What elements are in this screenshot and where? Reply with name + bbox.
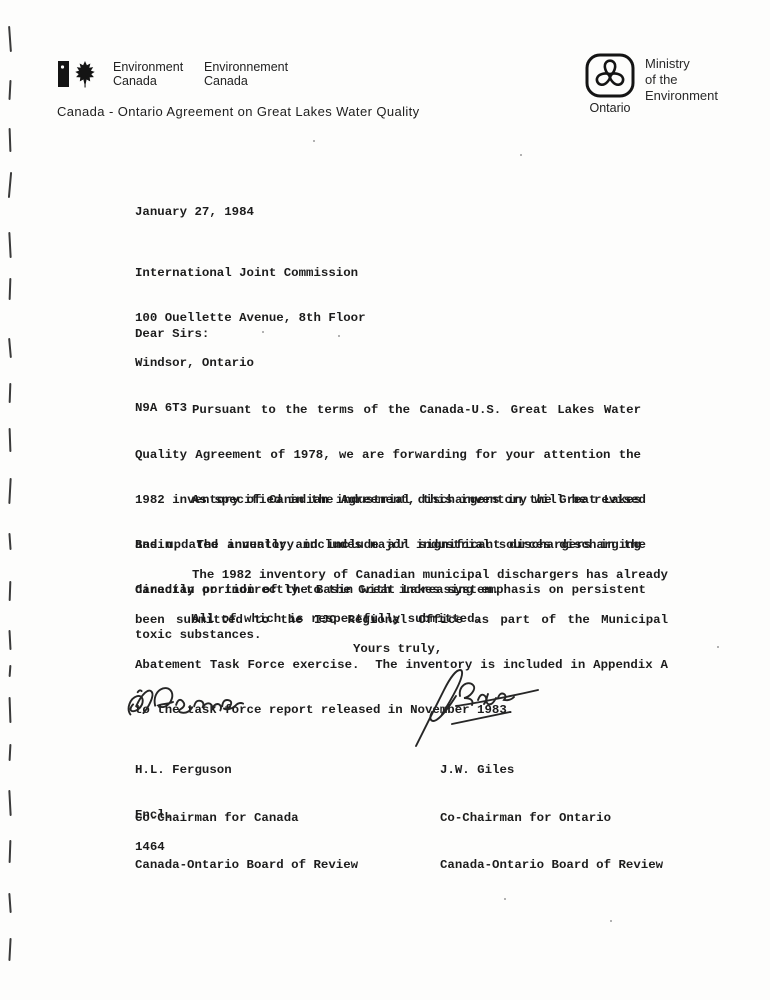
scan-mark <box>8 232 12 258</box>
ministry-line3: Environment <box>645 88 718 104</box>
closing-sentence: All of which is respectfully submitted. <box>135 612 482 627</box>
scan-mark <box>9 278 12 300</box>
ontario-logo-block: Ontario <box>583 53 637 115</box>
recipient-line: Windsor, Ontario <box>135 356 366 371</box>
env-canada-english: Environment Canada <box>113 61 183 88</box>
paragraph-line: As specified in the Agreement, this inve… <box>135 493 646 508</box>
scan-mark <box>9 840 12 863</box>
paragraph-line: The 1982 inventory of Canadian municipal… <box>135 568 668 583</box>
scan-speck <box>717 646 719 648</box>
scan-mark <box>9 581 12 601</box>
ministry-line2: of the <box>645 72 718 88</box>
letter-date: January 27, 1984 <box>135 205 254 220</box>
ontario-label: Ontario <box>583 101 637 115</box>
scanned-letter-page: Environment Canada Environnement Canada … <box>0 0 770 1000</box>
scan-speck <box>520 154 522 156</box>
scan-mark <box>9 697 12 723</box>
scan-mark <box>8 172 12 198</box>
signer-org: Canada-Ontario Board of Review <box>440 858 663 874</box>
env-canada-french: Environnement Canada <box>204 61 288 88</box>
ministry-of-environment: Ministry of the Environment <box>645 56 718 104</box>
signer-name: J.W. Giles <box>440 763 663 779</box>
scan-mark <box>8 790 12 816</box>
signer-block-ontario: J.W. Giles Co-Chairman for Ontario Canad… <box>440 732 663 905</box>
scan-mark <box>8 478 12 504</box>
scan-mark <box>8 630 11 650</box>
signer-org: Canada-Ontario Board of Review <box>135 858 358 874</box>
scan-speck <box>313 140 315 142</box>
ontario-trillium-icon <box>585 53 635 99</box>
scan-speck <box>610 920 612 922</box>
scan-mark <box>8 26 12 52</box>
ministry-line1: Ministry <box>645 56 718 72</box>
salutation: Dear Sirs: <box>135 327 209 342</box>
paragraph-line: Quality Agreement of 1978, we are forwar… <box>135 448 641 463</box>
paragraph-line: to the task force report released in Nov… <box>135 703 668 718</box>
paragraph-line: Pursuant to the terms of the Canada-U.S.… <box>135 403 641 418</box>
scan-mark <box>8 80 11 100</box>
scan-mark <box>8 938 11 961</box>
scan-mark <box>8 893 12 913</box>
scan-speck <box>504 898 506 900</box>
paragraph-line: Abatement Task Force exercise. The inven… <box>135 658 668 673</box>
scan-mark <box>9 744 12 761</box>
valediction: Yours truly, <box>353 642 442 657</box>
file-number: 1464 <box>135 840 165 855</box>
signer-title: Co-Chairman for Ontario <box>440 811 663 827</box>
agreement-title: Canada - Ontario Agreement on Great Lake… <box>57 104 420 119</box>
env-canada-en-line2: Canada <box>113 75 183 89</box>
scan-speck <box>262 331 264 333</box>
enclosure-note: Encl. <box>135 808 172 823</box>
signer-name: H.L. Ferguson <box>135 763 358 779</box>
scan-mark <box>9 383 12 403</box>
scan-mark <box>8 338 12 358</box>
env-canada-fr-line1: Environnement <box>204 61 288 75</box>
canada-flag-icon <box>58 61 100 88</box>
recipient-line: 100 Ouellette Avenue, 8th Floor <box>135 311 366 326</box>
env-canada-fr-line2: Canada <box>204 75 288 89</box>
scan-mark <box>9 128 12 152</box>
letter-body: January 27, 1984 International Joint Com… <box>135 205 663 580</box>
recipient-line: International Joint Commission <box>135 266 366 281</box>
scan-mark <box>8 533 11 550</box>
scan-mark <box>9 665 12 677</box>
env-canada-en-line1: Environment <box>113 61 183 75</box>
scan-speck <box>338 335 340 337</box>
scan-mark <box>9 428 12 452</box>
